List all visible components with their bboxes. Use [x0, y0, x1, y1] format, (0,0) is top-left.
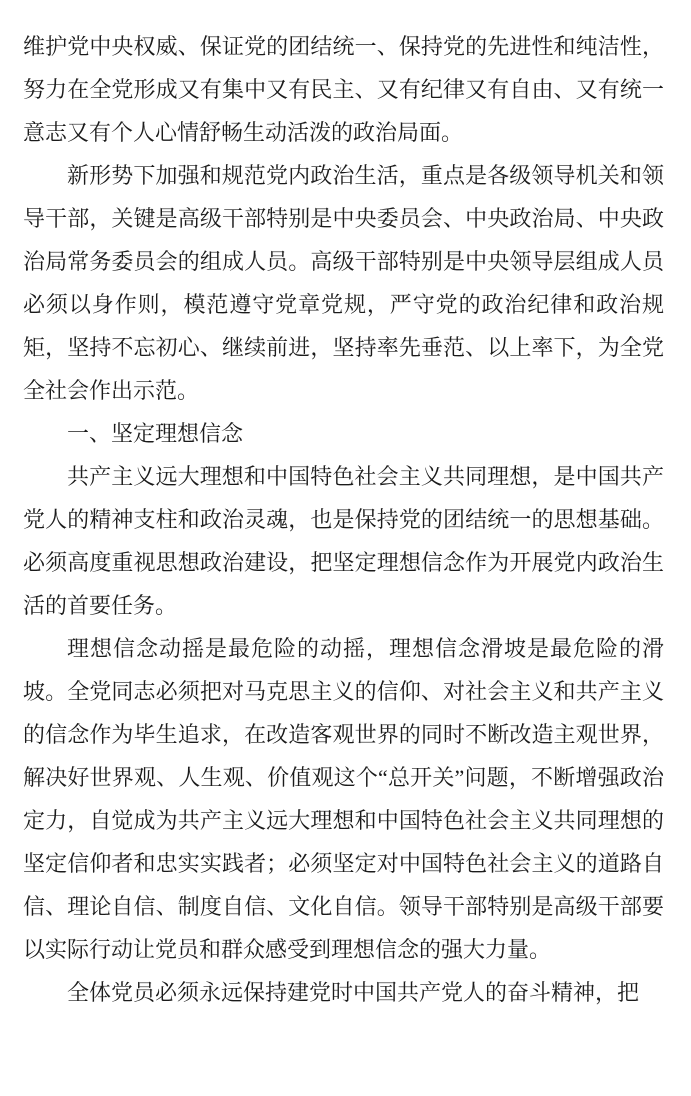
paragraph: 共产主义远大理想和中国特色社会主义共同理想，是中国共产党人的精神支柱和政治灵魂，… — [23, 455, 664, 627]
paragraph: 理想信念动摇是最危险的动摇，理想信念滑坡是最危险的滑坡。全党同志必须把对马克思主… — [23, 627, 664, 971]
paragraph-cut-off: 全体党员必须永远保持建党时中国共产党人的奋斗精神，把 — [23, 971, 664, 1014]
paragraph-continuation: 维护党中央权威、保证党的团结统一、保持党的先进性和纯洁性，努力在全党形成又有集中… — [23, 25, 664, 154]
document-page: 维护党中央权威、保证党的团结统一、保持党的先进性和纯洁性，努力在全党形成又有集中… — [23, 25, 664, 1014]
document-viewport: { "page": { "background_color": "#ffffff… — [0, 0, 691, 1096]
section-heading: 一、坚定理想信念 — [23, 412, 664, 455]
paragraph: 新形势下加强和规范党内政治生活，重点是各级领导机关和领导干部，关键是高级干部特别… — [23, 154, 664, 412]
